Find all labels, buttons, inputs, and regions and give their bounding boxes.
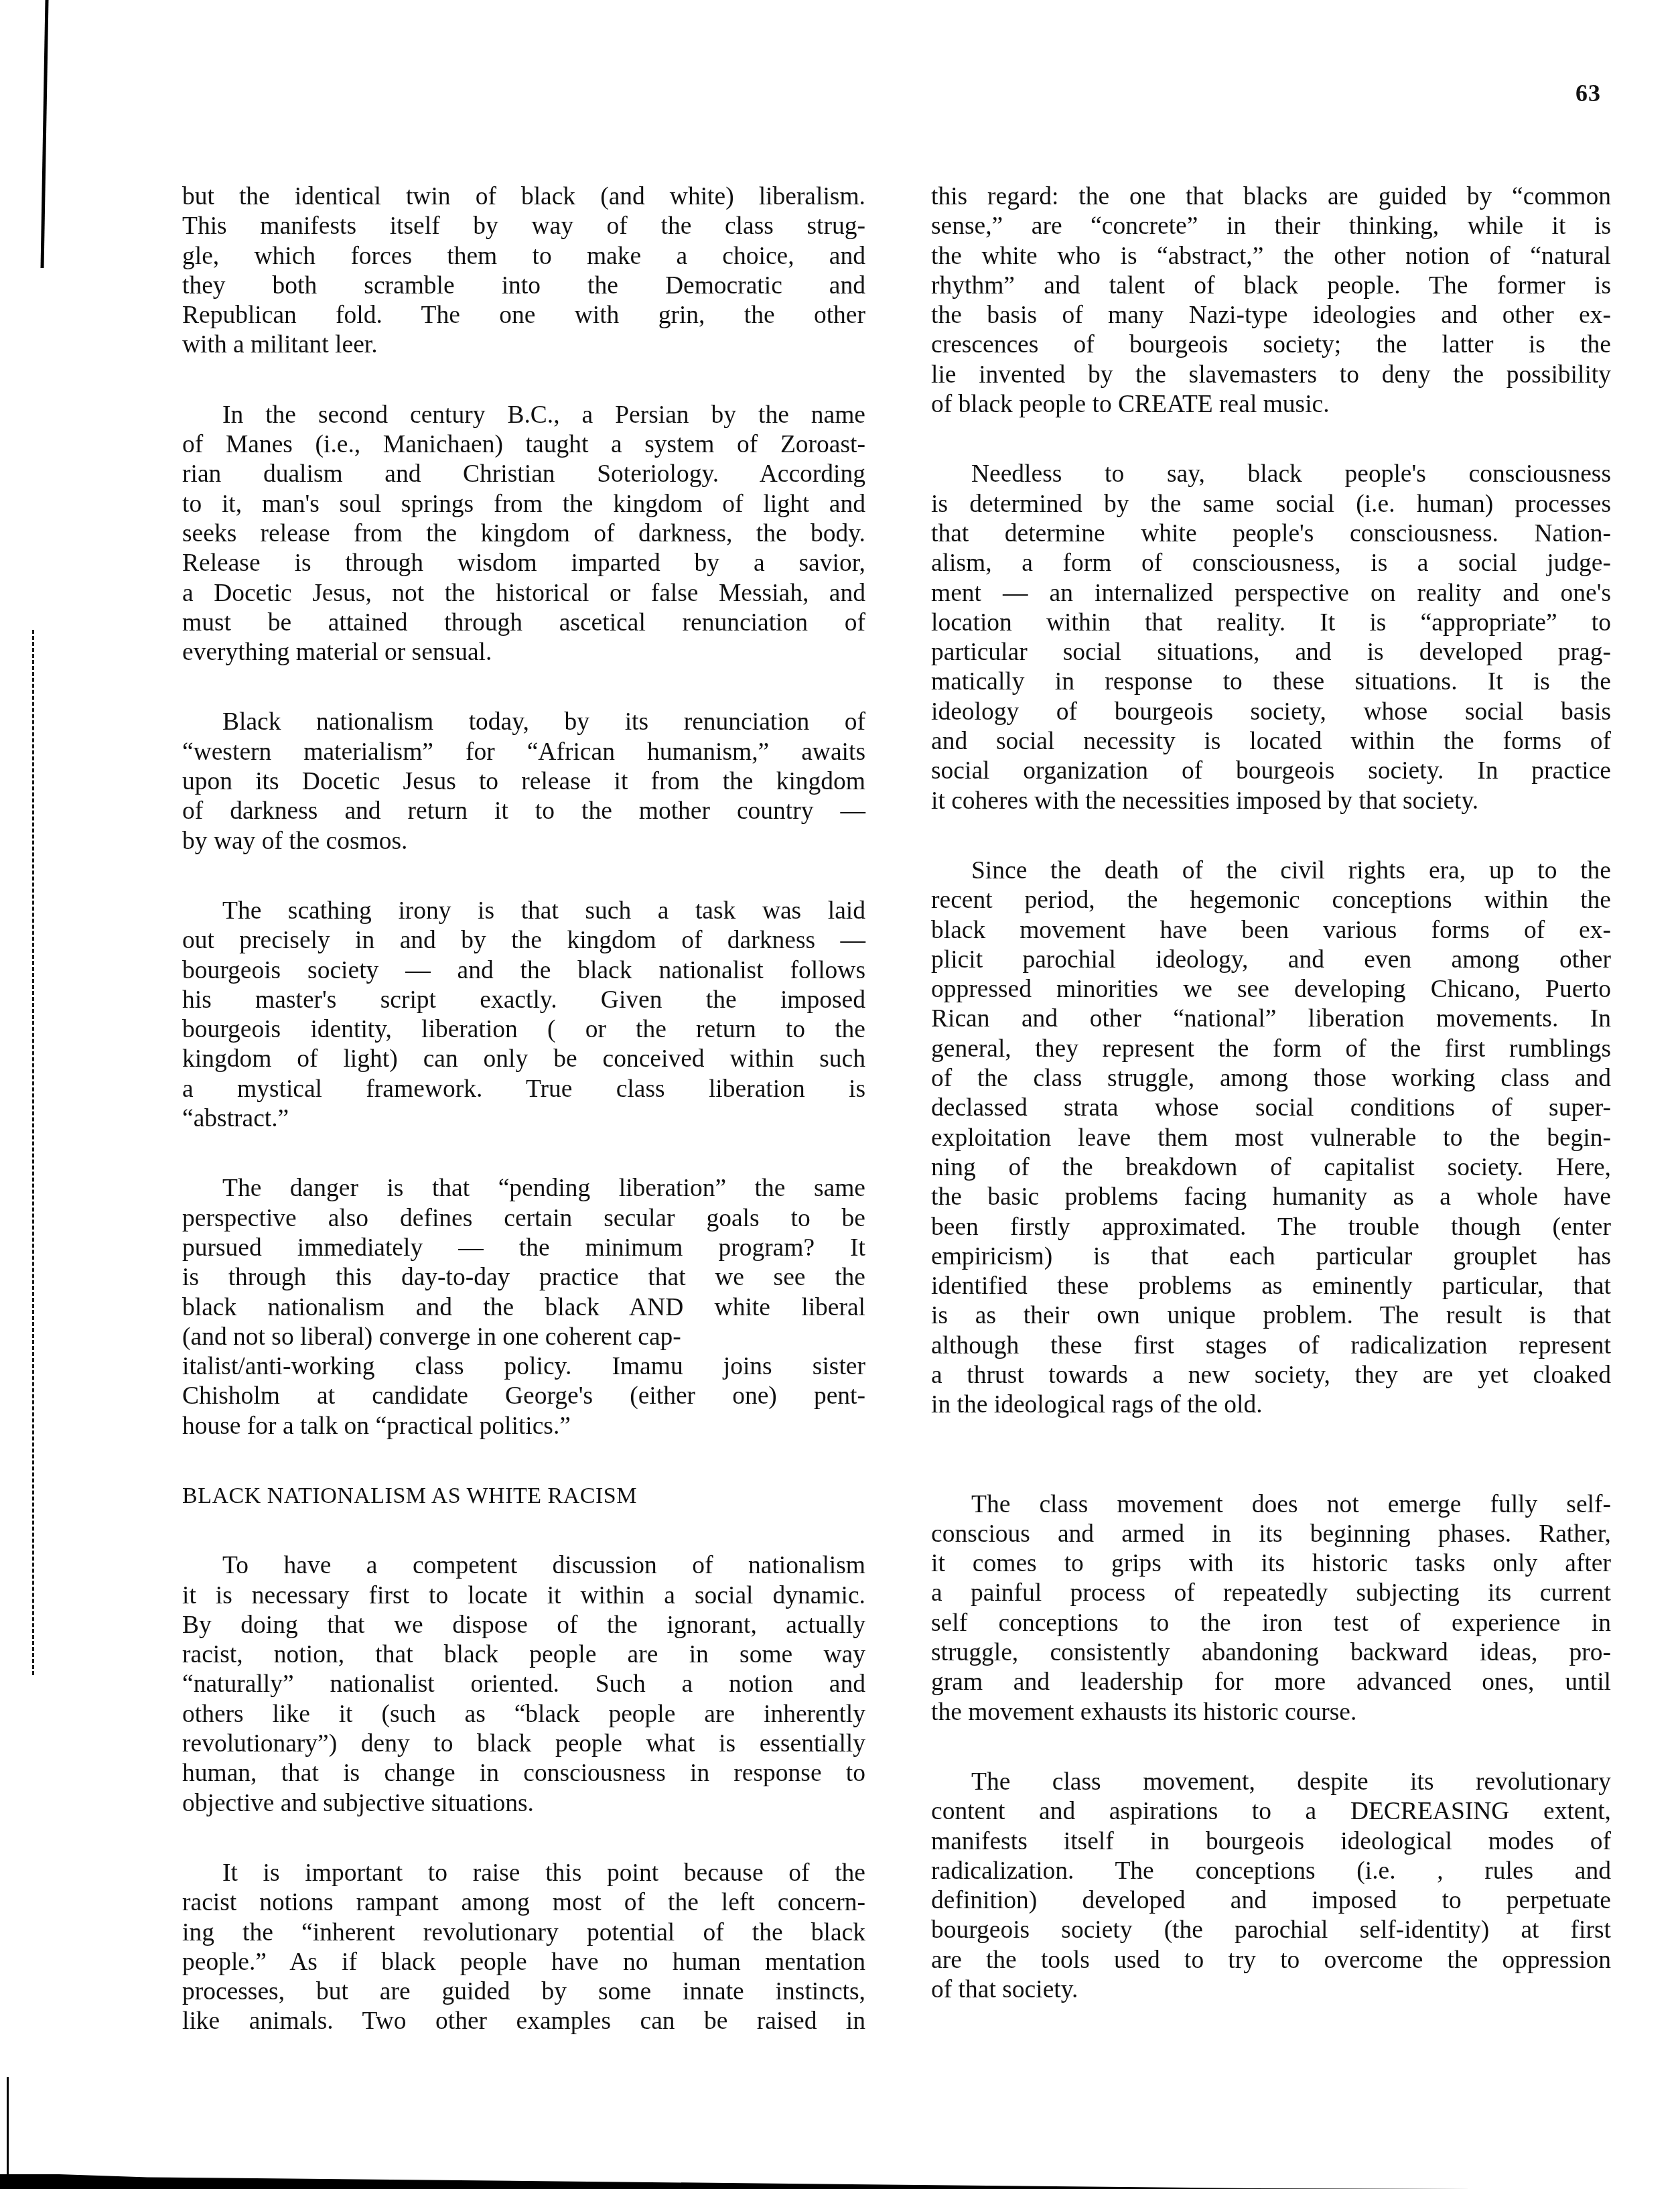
text-line: ing the “inherent revolutionary potentia… [182,1918,865,1948]
text-line: to it, man's soul springs from the kingd… [182,490,865,519]
paragraph-gap [182,1818,865,1859]
text-line: racist, notion, that black people are in… [182,1640,865,1670]
text-line: In the second century B.C., a Persian by… [182,401,865,430]
text-line: ning of the breakdown of capitalist soci… [931,1153,1611,1183]
text-line: italist/anti-working class policy. Imamu… [182,1352,865,1382]
text-line: The scathing irony is that such a task w… [182,897,865,926]
text-line: “abstract.” [182,1104,865,1134]
text-line: is determined by the same social (i.e. h… [931,490,1611,519]
text-line: by way of the cosmos. [182,827,865,856]
left-column: but the identical twin of black (and whi… [182,182,865,2037]
text-line: radicalization. The conceptions (i.e. , … [931,1857,1611,1886]
text-line: must be attained through ascetical renun… [182,608,865,638]
text-line: alism, a form of consciousness, is a soc… [931,549,1611,578]
text-line: in the ideological rags of the old. [931,1390,1611,1420]
text-line: a thrust towards a new society, they are… [931,1361,1611,1390]
text-line: rian dualism and Christian Soteriology. … [182,460,865,489]
scan-edge-line [41,0,49,268]
text-line: and social necessity is located within t… [931,727,1611,756]
right-column: this regard: the one that blacks are gui… [931,182,1611,2005]
text-line: The class movement does not emerge fully… [931,1490,1611,1520]
text-line: general, they represent the form of the … [931,1035,1611,1064]
text-line: a Docetic Jesus, not the historical or f… [182,579,865,608]
text-line: gle, which forces them to make a choice,… [182,242,865,271]
paragraph-gap [931,1461,1611,1490]
text-line: exploitation leave them most vulnerable … [931,1124,1611,1153]
text-line: although these first stages of radicaliz… [931,1331,1611,1361]
text-line: they both scramble into the Democratic a… [182,271,865,301]
text-line: like animals. Two other examples can be … [182,2007,865,2036]
text-line: it comes to grips with its historic task… [931,1549,1611,1579]
paragraph: Black nationalism today, by its renuncia… [182,708,865,856]
text-line: racist notions rampant among most of the… [182,1888,865,1918]
paragraph-gap [182,1511,865,1551]
text-line: of Manes (i.e., Manichaen) taught a syst… [182,430,865,460]
text-line: this regard: the one that blacks are gui… [931,182,1611,212]
paragraph-gap [182,1134,865,1174]
text-line: To have a competent discussion of nation… [182,1551,865,1581]
paragraph: The class movement does not emerge fully… [931,1490,1611,1727]
text-line: self conceptions to the iron test of exp… [931,1609,1611,1638]
text-line: of black people to CREATE real music. [931,390,1611,419]
text-line: recent period, the hegemonic conceptions… [931,886,1611,915]
scan-edge-marks [32,630,36,1675]
text-line: rhythm” and talent of black people. The … [931,271,1611,301]
text-line: “western materialism” for “African human… [182,738,865,767]
text-line: gram and leadership for more advanced on… [931,1668,1611,1697]
text-line: pursued immediately — the minimum progra… [182,1234,865,1263]
paragraph: It is important to raise this point beca… [182,1859,865,2037]
text-line: Since the death of the civil rights era,… [931,856,1611,886]
text-line: black nationalism and the black AND whit… [182,1293,865,1323]
text-line: Black nationalism today, by its renuncia… [182,708,865,737]
text-line: matically in response to these situation… [931,667,1611,697]
page-number: 63 [1576,79,1601,107]
paragraph: but the identical twin of black (and whi… [182,182,865,360]
paragraph-gap [182,1441,865,1481]
text-line: bourgeois society (the parochial self-id… [931,1916,1611,1945]
text-line: a painful process of repeatedly subjecti… [931,1579,1611,1608]
paragraph: The scathing irony is that such a task w… [182,897,865,1134]
text-line: manifests itself in bourgeois ideologica… [931,1827,1611,1857]
text-line: declassed strata whose social conditions… [931,1093,1611,1123]
text-line: been firstly approximated. The trouble t… [931,1213,1611,1242]
section-heading: BLACK NATIONALISM AS WHITE RACISM [182,1481,865,1511]
text-line: people.” As if black people have no huma… [182,1948,865,1977]
paragraph-gap [931,419,1611,460]
text-line: Rican and other “national” liberation mo… [931,1004,1611,1034]
text-line: conscious and armed in its beginning pha… [931,1520,1611,1549]
paragraph-gap [931,1727,1611,1768]
text-line: empiricism) is that each particular grou… [931,1242,1611,1272]
text-line: This manifests itself by way of the clas… [182,212,865,241]
text-line: particular social situations, and is dev… [931,638,1611,667]
text-line: house for a talk on “practical politics.… [182,1412,865,1441]
text-line: bourgeois identity, liberation ( or the … [182,1015,865,1045]
text-line: definition) developed and imposed to per… [931,1886,1611,1916]
text-line: the movement exhausts its historic cours… [931,1698,1611,1727]
text-line: are the tools used to try to overcome th… [931,1946,1611,1975]
text-line: is through this day-to-day practice that… [182,1263,865,1292]
text-line: is as their own unique problem. The resu… [931,1301,1611,1331]
scan-bottom-edge [0,2174,1474,2189]
text-line: Republican fold. The one with grin, the … [182,301,865,330]
text-line: out precisely in and by the kingdom of d… [182,926,865,955]
text-line: It is important to raise this point beca… [182,1859,865,1888]
text-line: black movement have been various forms o… [931,916,1611,945]
text-line: ment — an internalized perspective on re… [931,579,1611,608]
text-line: seeks release from the kingdom of darkne… [182,519,865,549]
paragraph-gap [182,667,865,708]
paragraph: Since the death of the civil rights era,… [931,856,1611,1420]
text-line: a mystical framework. True class liberat… [182,1075,865,1104]
text-line: social organization of bourgeois society… [931,756,1611,786]
text-line: sense,” are “concrete” in their thinking… [931,212,1611,241]
paragraph-gap [182,360,865,401]
paragraph: Needless to say, black people's consciou… [931,460,1611,816]
text-line: human, that is change in consciousness i… [182,1759,865,1788]
text-line: perspective also defines certain secular… [182,1204,865,1234]
text-line: the basic problems facing humanity as a … [931,1183,1611,1212]
text-line: the basis of many Nazi-type ideologies a… [931,301,1611,330]
text-line: upon its Docetic Jesus to release it fro… [182,767,865,797]
text-line: Chisholm at candidate George's (either o… [182,1382,865,1411]
text-line: with a militant leer. [182,330,865,360]
text-line: his master's script exactly. Given the i… [182,986,865,1015]
text-line: plicit parochial ideology, and even amon… [931,945,1611,975]
text-line: bourgeois society — and the black nation… [182,956,865,986]
text-line: of the class struggle, among those worki… [931,1064,1611,1093]
text-line: oppressed minorities we see developing C… [931,975,1611,1004]
text-line: the white who is “abstract,” the other n… [931,242,1611,271]
text-line: “naturally” nationalist oriented. Such a… [182,1670,865,1699]
text-line: By doing that we dispose of the ignorant… [182,1611,865,1640]
paragraph: The class movement, despite its revoluti… [931,1768,1611,2005]
scan-bottom-edge-vertical [7,2077,9,2178]
text-line: Needless to say, black people's consciou… [931,460,1611,489]
text-line: Release is through wisdom imparted by a … [182,549,865,578]
text-line: location within that reality. It is “app… [931,608,1611,638]
text-line: objective and subjective situations. [182,1789,865,1818]
paragraph-gap [931,816,1611,856]
text-line: that determine white people's consciousn… [931,519,1611,549]
text-line: it is necessary first to locate it withi… [182,1581,865,1611]
text-line: kingdom of light) can only be conceived … [182,1045,865,1074]
text-line: crescences of bourgeois society; the lat… [931,330,1611,360]
text-line: of darkness and return it to the mother … [182,797,865,826]
text-line: revolutionary”) deny to black people wha… [182,1729,865,1759]
text-line: everything material or sensual. [182,638,865,667]
text-line: it coheres with the necessities imposed … [931,787,1611,816]
text-line: processes, but are guided by some innate… [182,1977,865,2007]
text-line: The danger is that “pending liberation” … [182,1174,865,1203]
text-line: others like it (such as “black people ar… [182,1700,865,1729]
paragraph-gap [931,1420,1611,1461]
text-line: The class movement, despite its revoluti… [931,1768,1611,1797]
text-line: struggle, consistently abandoning backwa… [931,1638,1611,1668]
text-line: but the identical twin of black (and whi… [182,182,865,212]
paragraph-gap [182,856,865,897]
paragraph: The danger is that “pending liberation” … [182,1174,865,1441]
text-line: ideology of bourgeois society, whose soc… [931,698,1611,727]
text-line: identified these problems as eminently p… [931,1272,1611,1301]
text-line: lie invented by the slavemasters to deny… [931,360,1611,390]
paragraph: To have a competent discussion of nation… [182,1551,865,1818]
text-line: (and not so liberal) converge in one coh… [182,1323,865,1352]
paragraph: In the second century B.C., a Persian by… [182,401,865,668]
text-line: content and aspirations to a DECREASING … [931,1797,1611,1827]
paragraph: this regard: the one that blacks are gui… [931,182,1611,419]
text-line: of that society. [931,1975,1611,2005]
